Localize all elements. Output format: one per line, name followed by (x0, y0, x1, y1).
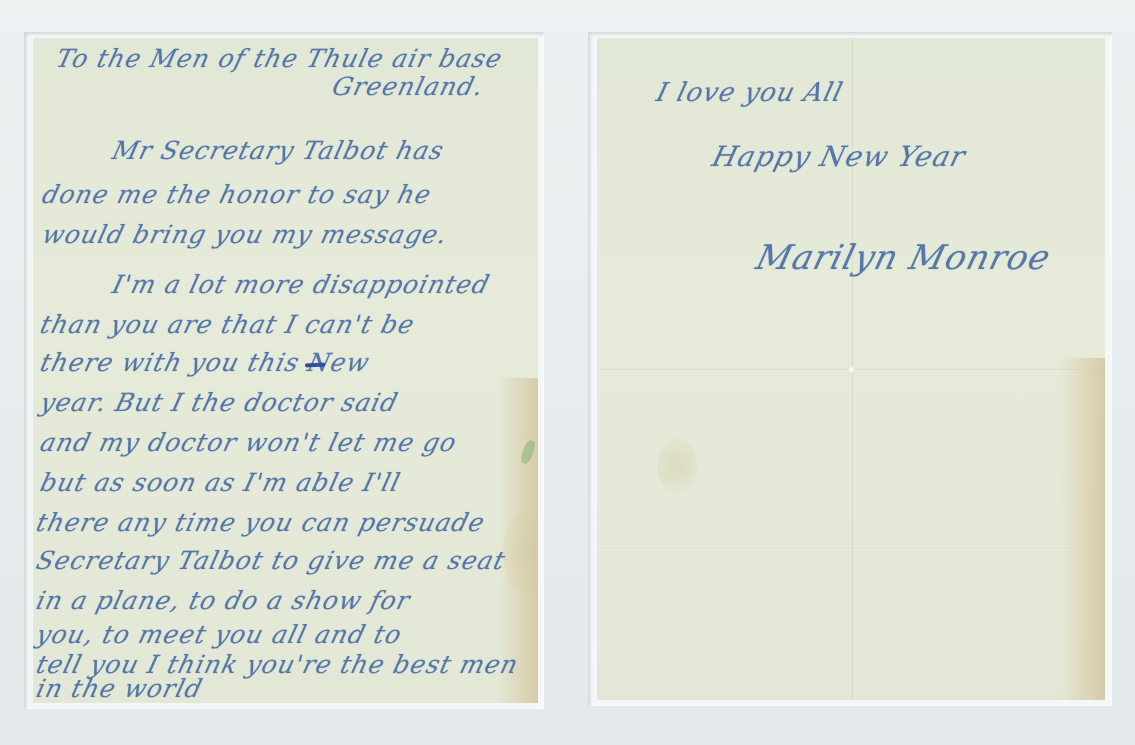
letter-line: I'm a lot more disappointed (109, 270, 538, 299)
letter-line: there any time you can persuade (33, 508, 538, 537)
letter-line: than you are that I can't be (37, 310, 538, 339)
letter-line: I love you All (653, 78, 1105, 108)
letter-line: but as soon as I'm able I'll (37, 468, 538, 497)
letter-line: you, to meet you all and to (33, 620, 538, 649)
letter-line: Greenland. (329, 72, 538, 101)
paper-fold-horizontal (597, 548, 1105, 550)
paper-stain-right-edge (1060, 358, 1105, 700)
paper-stain-spot (657, 438, 697, 493)
paper-pinhole (849, 367, 854, 372)
letter-line: year. But I the doctor said (37, 388, 538, 417)
letter-page-left: To the Men of the Thule air base Greenla… (33, 38, 538, 703)
letter-page-right: I love you All Happy New Year Marilyn Mo… (597, 38, 1105, 700)
letter-line: and my doctor won't let me go (37, 428, 538, 457)
letter-line: there with you this New (37, 348, 538, 377)
letter-line: in the world (33, 674, 538, 703)
letter-line: in a plane, to do a show for (33, 586, 538, 615)
letter-line: done me the honor to say he (39, 180, 538, 209)
letter-line: would bring you my message. (39, 220, 538, 249)
letter-line: To the Men of the Thule air base (53, 44, 538, 73)
letter-line: Mr Secretary Talbot has (109, 136, 538, 165)
signature: Marilyn Monroe (752, 238, 1105, 278)
letter-line: Secretary Talbot to give me a seat (33, 546, 538, 575)
letter-line: Happy New Year (709, 140, 1105, 173)
